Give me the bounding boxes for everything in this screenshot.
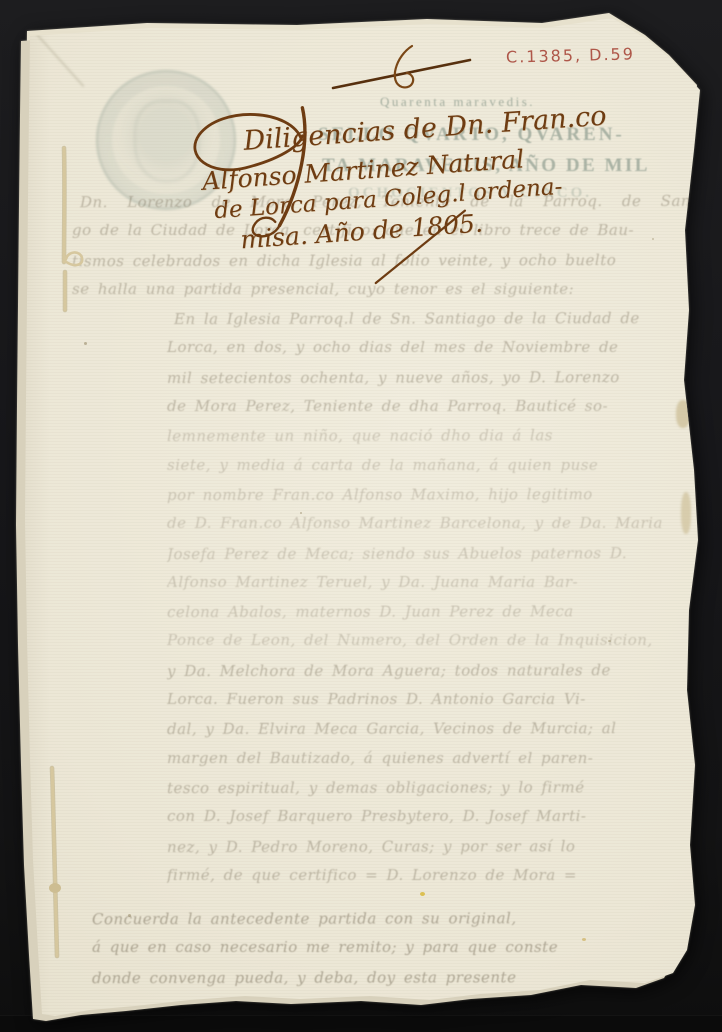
edge-damage-patch (681, 492, 691, 534)
faint-manuscript-line: dal, y Da. Elvira Meca Garcia, Vecinos d… (167, 719, 692, 749)
archival-reference: C.1385, D.59 (506, 44, 635, 66)
ink-speck (128, 914, 131, 917)
faint-manuscript-line: Alfonso Martinez Teruel, y Da. Juana Mar… (167, 573, 692, 602)
ink-speck (608, 640, 611, 642)
foxing-speck (582, 938, 586, 941)
faint-manuscript-line: margen del Bautizado, á quienes advertí … (167, 749, 692, 778)
faint-manuscript-line: á que en caso necesario me remito; y par… (92, 938, 692, 967)
faint-manuscript-line: lemnemente un niño, que nació dho dia á … (167, 426, 692, 456)
ink-speck (652, 238, 654, 240)
faint-manuscript-line: mil setecientos ochenta, y nueve años, y… (167, 368, 692, 398)
paper-crease (33, 31, 84, 87)
faint-manuscript-line: En la Iglesia Parroq.l de Sn. Santiago d… (174, 309, 692, 339)
faint-manuscript-line: de Mora Perez, Teniente de dha Parroq. B… (167, 397, 692, 426)
ink-speck (84, 342, 87, 345)
faint-manuscript-line: y Da. Melchora de Mora Aguera; todos nat… (167, 661, 692, 691)
faint-manuscript-line: Concuerda la antecedente partida con su … (92, 909, 692, 940)
faint-manuscript-line: siete, y media á carta de la mañana, á q… (167, 456, 692, 485)
ink-cross-mark-icon (328, 40, 478, 98)
faint-manuscript-body: Dn. Lorenzo de Mora Perez, Teniente de l… (72, 192, 692, 997)
faint-manuscript-line: de D. Fran.co Alfonso Martinez Barcelona… (167, 514, 692, 543)
ink-speck (300, 512, 302, 514)
faint-manuscript-line: celona Abalos, maternos D. Juan Perez de… (167, 602, 692, 632)
title-block: Diligencias de Dn. Fran.co Alfonso Marti… (183, 86, 532, 257)
archival-photo: Quarenta maravedis. SELLO QVARTO, QVAREN… (0, 0, 722, 1032)
manuscript-page: Quarenta maravedis. SELLO QVARTO, QVAREN… (0, 0, 722, 1032)
faint-manuscript-line: por nombre Fran.co Alfonso Maximo, hijo … (167, 485, 692, 515)
faint-manuscript-line: Lorca. Fueron sus Padrinos D. Antonio Ga… (167, 690, 692, 719)
paper-wrap: Quarenta maravedis. SELLO QVARTO, QVAREN… (0, 0, 722, 1032)
binding-thread-icon (40, 130, 100, 970)
faint-manuscript-line: nez, y D. Pedro Moreno, Curas; y por ser… (167, 836, 692, 866)
faint-manuscript-line: firmé, de que certifico = D. Lorenzo de … (167, 866, 692, 895)
initial-d-flourish-icon (181, 98, 330, 247)
foxing-speck (420, 892, 425, 896)
edge-damage-patch (676, 400, 690, 428)
faint-manuscript-line: con D. Josef Barquero Presbytero, D. Jos… (167, 807, 692, 836)
faint-manuscript-line: tesco espiritual, y demas obligaciones; … (167, 778, 692, 808)
faint-manuscript-line: Josefa Perez de Meca; siendo sus Abuelos… (167, 544, 692, 574)
faint-manuscript-line: Ponce de Leon, del Numero, del Orden de … (167, 631, 692, 660)
title-end-flourish-icon (363, 202, 478, 289)
faint-manuscript-line: Lorca, en dos, y ocho dias del mes de No… (167, 338, 692, 367)
